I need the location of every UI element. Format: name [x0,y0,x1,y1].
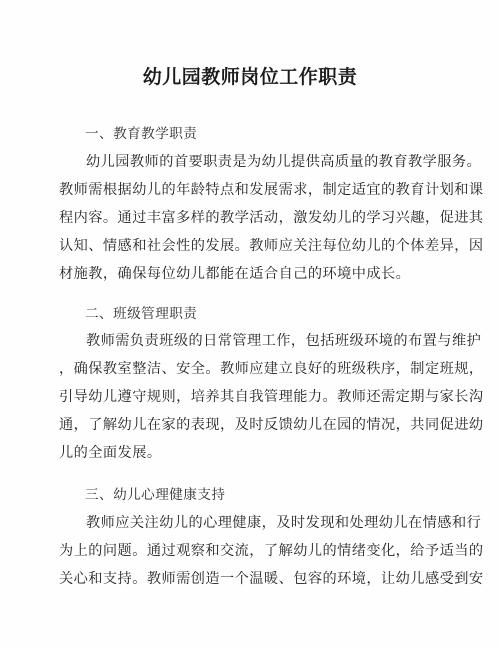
paragraph-line: 材施教，确保每位幼儿都能在适合自己的环境中成长。 [59,263,410,283]
paragraph-line: 引导幼儿遵守规则，培养其自我管理能力。教师还需定期与家长沟 [59,386,484,406]
paragraph-line: 关心和支持。教师需创造一个温暖、包容的环境，让幼儿感受到安 [59,568,484,588]
paragraph-line: 教师需负责班级的日常管理工作，包括班级环境的布置与维护 [86,330,481,350]
section-heading: 一、教育教学职责 [85,122,197,142]
paragraph-line: 通，了解幼儿在家的表现，及时反馈幼儿在园的情况，共同促进幼 [59,414,484,434]
paragraph-line: 儿的全面发展。 [59,442,161,462]
paragraph-line: 为上的问题。通过观察和交流，了解幼儿的情绪变化，给予适当的 [59,540,484,560]
section-heading: 二、班级管理职责 [85,302,197,322]
paragraph-line: 程内容。通过丰富多样的教学活动，激发幼儿的学习兴趣，促进其 [59,207,484,227]
paragraph-line: 教师需根据幼儿的年龄特点和发展需求，制定适宜的教育计划和课 [59,179,484,199]
section-heading: 三、幼儿心理健康支持 [85,483,225,503]
paragraph-line: 教师应关注幼儿的心理健康，及时发现和处理幼儿在情感和行 [86,512,481,532]
paragraph-line: ，确保教室整洁、安全。教师应建立良好的班级秩序，制定班规， [59,358,484,378]
paragraph-line: 认知、情感和社会性的发展。教师应关注每位幼儿的个体差异，因 [59,235,484,255]
paragraph-line: 幼儿园教师的首要职责是为幼儿提供高质量的教育教学服务。 [86,151,481,171]
document-page: 幼儿园教师岗位工作职责 一、教育教学职责 幼儿园教师的首要职责是为幼儿提供高质量… [0,0,500,647]
document-title: 幼儿园教师岗位工作职责 [0,62,500,89]
